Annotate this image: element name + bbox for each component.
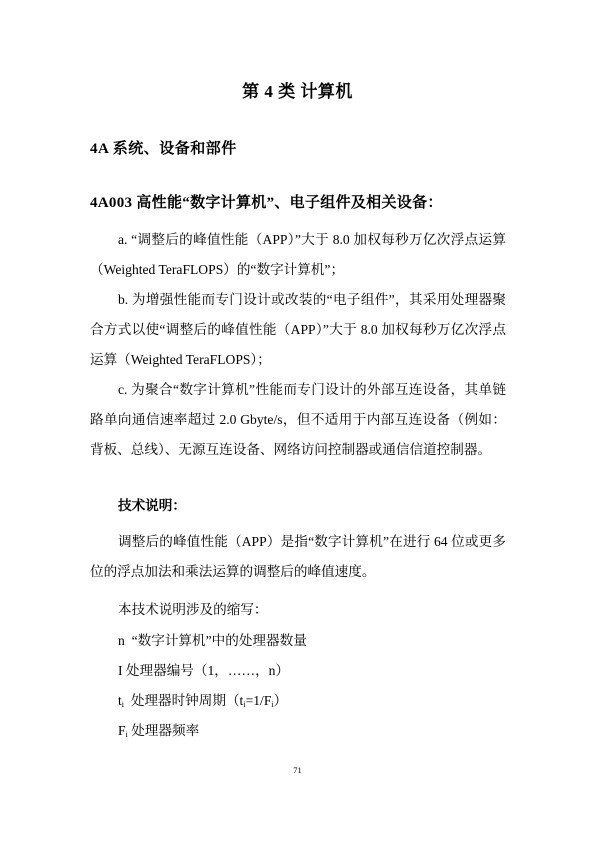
tech-note-definition: 调整后的峰值性能（APP）是指“数字计算机”在进行 64 位或更多位的浮点加法和… [90, 527, 506, 587]
tech-note-heading: 技术说明： [118, 494, 186, 514]
abbrev-text: “数字计算机”中的处理器数量 [125, 633, 307, 648]
paragraph-c: c. 为聚合“数字计算机”性能而专门设计的外部互连设备，其单链路单向通信速率超过… [90, 375, 506, 465]
abbrev-item-i: I 处理器编号（1，……，n） [118, 659, 289, 679]
abbrev-symbol: n [118, 633, 125, 648]
item-heading: 4A003 高性能“数字计算机”、电子组件及相关设备： [90, 191, 443, 212]
paragraph-a: a. “调整后的峰值性能（APP）”大于 8.0 加权每秒万亿次浮点运算（Wei… [90, 225, 506, 285]
abbrev-item-ti: ti 处理器时钟周期（ti=1/Fi） [118, 689, 287, 709]
abbrev-text: 处理器编号（1，……，n） [123, 663, 290, 678]
abbrev-formula-end: ） [274, 693, 288, 708]
abbrev-text: 处理器频率 [128, 723, 199, 738]
abbrev-item-n: n “数字计算机”中的处理器数量 [118, 629, 307, 649]
paragraph-b: b. 为增强性能而专门设计或改装的“电子组件”，其采用处理器聚合方式以使“调整后… [90, 285, 506, 375]
abbrev-symbol: F [118, 723, 126, 738]
abbrev-intro: 本技术说明涉及的缩写： [118, 598, 268, 618]
abbrev-text: 处理器时钟周期（t [124, 693, 243, 708]
page-number: 71 [0, 765, 595, 775]
chapter-title: 第 4 类 计算机 [0, 77, 595, 102]
abbrev-item-fi: Fi 处理器频率 [118, 719, 199, 739]
abbrev-formula: =1/F [246, 693, 272, 708]
section-heading: 4A 系统、设备和部件 [90, 137, 237, 158]
